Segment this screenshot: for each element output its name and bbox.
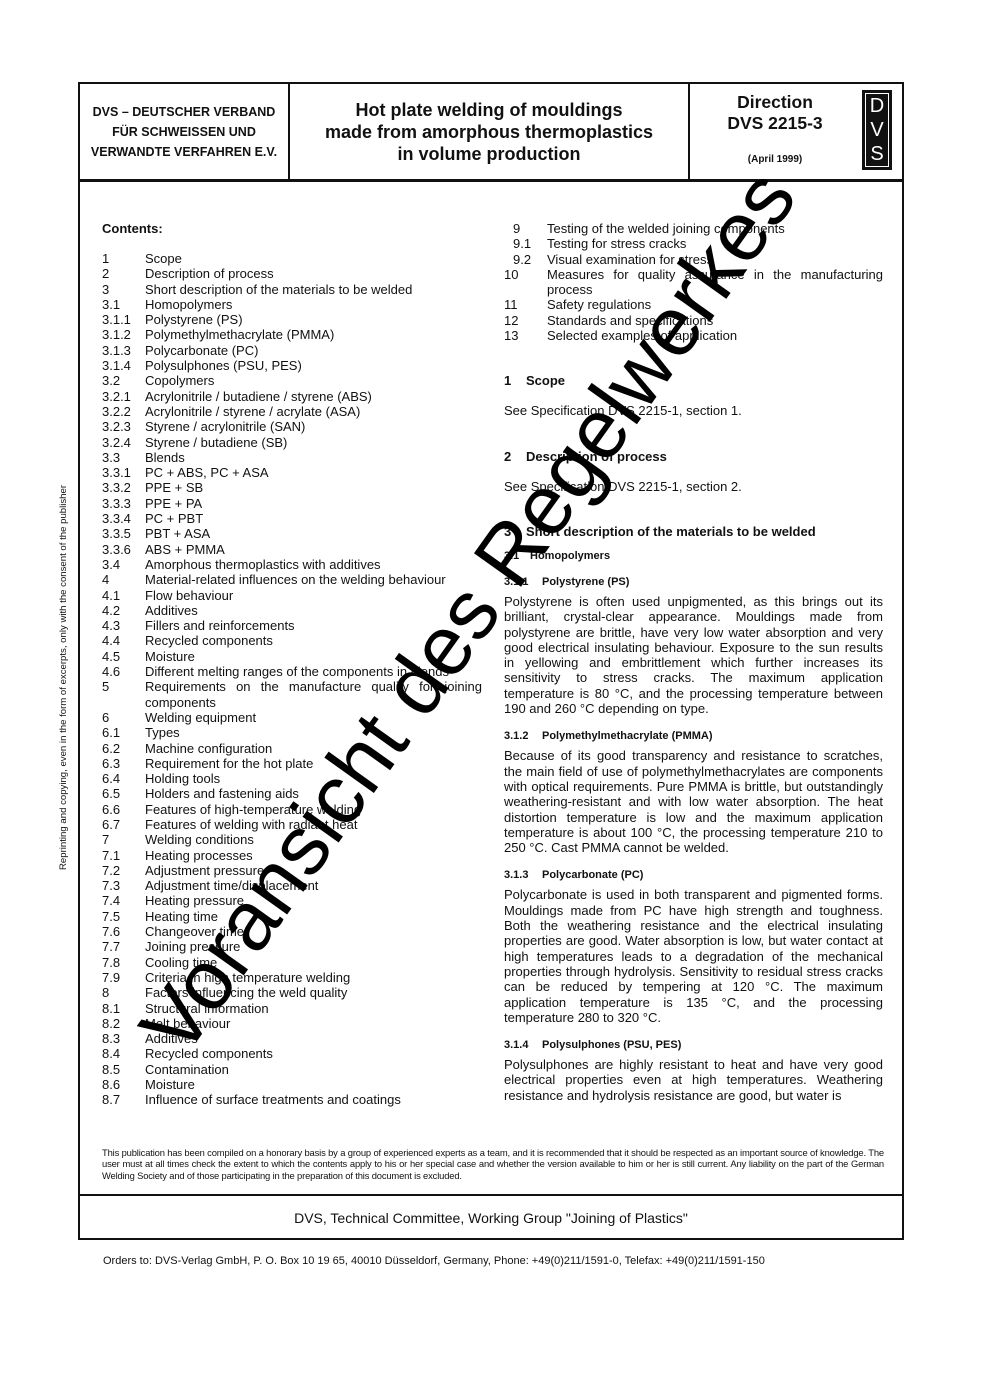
toc-title: Homopolymers (145, 297, 482, 312)
toc-number: 11 (504, 297, 547, 312)
toc-item: 3.3.5PBT + ASA (102, 526, 482, 541)
toc-number: 3.1.1 (102, 312, 145, 327)
toc-item: 8.6Moisture (102, 1077, 482, 1092)
right-column: 9Testing of the welded joining component… (504, 221, 883, 1103)
toc-number: 1 (102, 251, 145, 266)
contents-title: Contents: (102, 221, 482, 236)
toc-item: 8.1Structural information (102, 1001, 482, 1016)
toc-title: Changeover time (145, 924, 482, 939)
toc-number: 3.3.2 (102, 480, 145, 495)
toc-number: 8.5 (102, 1062, 145, 1077)
toc-number: 2 (102, 266, 145, 281)
toc-number: 8.3 (102, 1031, 145, 1046)
toc-title: Heating pressure (145, 893, 482, 908)
toc-number: 7.3 (102, 878, 145, 893)
section-body: See Specification DVS 2215-1, section 1. (504, 403, 883, 418)
section-title: Polysulphones (PSU, PES) (542, 1039, 681, 1051)
toc-title: Moisture (145, 1077, 482, 1092)
publisher-line: VERWANDTE VERFAHREN E.V. (91, 142, 277, 162)
toc-number: 4.4 (102, 633, 145, 648)
document-title: Hot plate welding of mouldings made from… (290, 84, 690, 179)
section-number: 3.1.3 (504, 869, 542, 881)
toc-number: 7.2 (102, 863, 145, 878)
toc-number: 3.2.4 (102, 435, 145, 450)
subsection-heading: 3.1.1Polystyrene (PS) (504, 576, 883, 588)
toc-item: 7.9Criteria in high temperature welding (102, 970, 482, 985)
toc-item: 3.3.6ABS + PMMA (102, 542, 482, 557)
toc-title: Standards and specifications (547, 313, 883, 328)
contents-left-column: Contents: 1Scope2Description of process3… (102, 221, 482, 1108)
toc-number: 12 (504, 313, 547, 328)
toc-number: 3.1.3 (102, 343, 145, 358)
toc-title: Copolymers (145, 373, 482, 388)
publisher-name: DVS – DEUTSCHER VERBAND FÜR SCHWEISSEN U… (80, 84, 290, 179)
toc-item: 6.6Features of high-temperature welding (102, 802, 482, 817)
toc-number: 8.1 (102, 1001, 145, 1016)
toc-item: 7.8Cooling time (102, 955, 482, 970)
toc-title: PBT + ASA (145, 526, 482, 541)
toc-item: 3.3.3PPE + PA (102, 496, 482, 511)
toc-item: 8.2Melt behaviour (102, 1016, 482, 1031)
toc-item: 3.2.1Acrylonitrile / butadiene / styrene… (102, 389, 482, 404)
toc-item: 3.2Copolymers (102, 373, 482, 388)
toc-title: Acrylonitrile / styrene / acrylate (ASA) (145, 404, 482, 419)
toc-title: Melt behaviour (145, 1016, 482, 1031)
toc-title: Adjustment pressure (145, 863, 482, 878)
toc-item: 1Scope (102, 251, 482, 266)
toc-item: 3.3.4PC + PBT (102, 511, 482, 526)
section-body: Polystyrene is often used unpigmented, a… (504, 594, 883, 716)
toc-number: 6 (102, 710, 145, 725)
section-number: 3.1.2 (504, 730, 542, 742)
section-heading: 3Short description of the materials to b… (504, 524, 883, 539)
section-body: See Specification DVS 2215-1, section 2. (504, 479, 883, 494)
section-title: Description of process (526, 449, 667, 464)
toc-title: Polycarbonate (PC) (145, 343, 482, 358)
toc-item: 3.2.3Styrene / acrylonitrile (SAN) (102, 419, 482, 434)
publisher-line: DVS – DEUTSCHER VERBAND (93, 102, 276, 122)
section-heading: 2Description of process (504, 449, 883, 464)
toc-item: 6.7Features of welding with radiant heat (102, 817, 482, 832)
toc-item: 3.4Amorphous thermoplastics with additiv… (102, 557, 482, 572)
toc-item: 4.5Moisture (102, 649, 482, 664)
toc-number: 7.7 (102, 939, 145, 954)
title-line: in volume production (398, 143, 581, 165)
toc-title: Criteria in high temperature welding (145, 970, 482, 985)
toc-number: 4 (102, 572, 145, 587)
toc-number: 7.6 (102, 924, 145, 939)
toc-item: 7.5Heating time (102, 909, 482, 924)
toc-title: Safety regulations (547, 297, 883, 312)
toc-title: Requirement for the hot plate (145, 756, 482, 771)
toc-item: 8.3Additives (102, 1031, 482, 1046)
toc-number: 7.4 (102, 893, 145, 908)
toc-item: 7.6Changeover time (102, 924, 482, 939)
toc-number: 8.6 (102, 1077, 145, 1092)
toc-title: Holders and fastening aids (145, 786, 482, 801)
toc-number: 3.3.6 (102, 542, 145, 557)
toc-title: PPE + SB (145, 480, 482, 495)
orders-info: Orders to: DVS-Verlag GmbH, P. O. Box 10… (103, 1255, 765, 1267)
toc-title: Welding conditions (145, 832, 482, 847)
section-title: Polycarbonate (PC) (542, 869, 643, 881)
title-line: Hot plate welding of mouldings (356, 99, 623, 121)
toc-number: 3.3 (102, 450, 145, 465)
toc-title: Blends (145, 450, 482, 465)
toc-title: Heating time (145, 909, 482, 924)
toc-title: Recycled components (145, 633, 482, 648)
direction-label: Direction DVS 2215-3 (690, 92, 860, 134)
toc-title: Holding tools (145, 771, 482, 786)
toc-item: 5Requirements on the manufacture quality… (102, 679, 482, 710)
toc-item: 9Testing of the welded joining component… (504, 221, 883, 236)
toc-title: Types (145, 725, 482, 740)
section-number: 3.1.1 (504, 576, 542, 588)
toc-title: ABS + PMMA (145, 542, 482, 557)
toc-item: 7.4Heating pressure (102, 893, 482, 908)
toc-item: 6.3Requirement for the hot plate (102, 756, 482, 771)
section-number: 3.1 (504, 550, 530, 562)
section-body: Because of its good transparency and res… (504, 748, 883, 855)
toc-number: 7.1 (102, 848, 145, 863)
logo-letter: S (870, 144, 883, 164)
toc-number: 6.4 (102, 771, 145, 786)
subsection-heading: 3.1.3Polycarbonate (PC) (504, 869, 883, 881)
section-number: 3 (504, 524, 526, 539)
title-line: made from amorphous thermoplastics (325, 121, 653, 143)
toc-number: 7 (102, 832, 145, 847)
subsection-heading: 3.1.4Polysulphones (PSU, PES) (504, 1039, 883, 1051)
toc-title: Scope (145, 251, 482, 266)
toc-item: 3.3.2PPE + SB (102, 480, 482, 495)
toc-title: Testing for stress cracks (547, 236, 883, 251)
toc-number: 8.7 (102, 1092, 145, 1107)
toc-number: 7.8 (102, 955, 145, 970)
section-body: Polysulphones are highly resistant to he… (504, 1057, 883, 1103)
toc-title: Additives (145, 603, 482, 618)
toc-number: 4.1 (102, 588, 145, 603)
toc-title: PC + ABS, PC + ASA (145, 465, 482, 480)
toc-title: Polymethylmethacrylate (PMMA) (145, 327, 482, 342)
section-title: Polymethylmethacrylate (PMMA) (542, 730, 713, 742)
toc-item: 11Safety regulations (504, 297, 883, 312)
toc-number: 3.1.2 (102, 327, 145, 342)
toc-title: Polystyrene (PS) (145, 312, 482, 327)
toc-title: Requirements on the manufacture quality … (145, 679, 482, 710)
section-number: 2 (504, 449, 526, 464)
toc-list-continued: 9Testing of the welded joining component… (504, 221, 883, 343)
toc-title: Features of high-temperature welding (145, 802, 482, 817)
subsection-heading: 3.1Homopolymers (504, 550, 883, 562)
section-number: 1 (504, 373, 526, 388)
toc-number: 3.4 (102, 557, 145, 572)
section-title: Scope (526, 373, 565, 388)
publisher-line: FÜR SCHWEISSEN UND (112, 122, 256, 142)
toc-item: 3.1.4Polysulphones (PSU, PES) (102, 358, 482, 373)
toc-title: Amorphous thermoplastics with additives (145, 557, 482, 572)
toc-title: Influence of surface treatments and coat… (145, 1092, 482, 1107)
toc-number: 13 (504, 328, 547, 343)
toc-title: Structural information (145, 1001, 482, 1016)
toc-title: Factors influencing the weld quality (145, 985, 482, 1000)
toc-number: 9.1 (504, 236, 547, 251)
direction-block: Direction DVS 2215-3 (April 1999) D V S (690, 84, 902, 179)
toc-item: 6.2Machine configuration (102, 741, 482, 756)
issue-date: (April 1999) (690, 154, 860, 165)
toc-item: 9.1Testing for stress cracks (504, 236, 883, 251)
toc-item: 2Description of process (102, 266, 482, 281)
toc-item: 4.4Recycled components (102, 633, 482, 648)
section-title: Homopolymers (530, 550, 610, 562)
toc-item: 4.2Additives (102, 603, 482, 618)
toc-title: Different melting ranges of the componen… (145, 664, 482, 679)
toc-number: 7.9 (102, 970, 145, 985)
toc-number: 8.4 (102, 1046, 145, 1061)
toc-item: 6.1Types (102, 725, 482, 740)
toc-title: PC + PBT (145, 511, 482, 526)
toc-item: 8.4Recycled components (102, 1046, 482, 1061)
toc-title: Selected examples of application (547, 328, 883, 343)
toc-item: 9.2Visual examination for stress (504, 252, 883, 267)
toc-title: Contamination (145, 1062, 482, 1077)
toc-number: 10 (504, 267, 547, 298)
toc-title: Fillers and reinforcements (145, 618, 482, 633)
toc-title: Cooling time (145, 955, 482, 970)
toc-number: 6.3 (102, 756, 145, 771)
toc-title: Machine configuration (145, 741, 482, 756)
toc-title: Recycled components (145, 1046, 482, 1061)
toc-title: Flow behaviour (145, 588, 482, 603)
toc-number: 9.2 (504, 252, 547, 267)
toc-item: 10Measures for quality assurance in the … (504, 267, 883, 298)
toc-item: 7.2Adjustment pressure (102, 863, 482, 878)
toc-number: 9 (504, 221, 547, 236)
toc-item: 3.3Blends (102, 450, 482, 465)
toc-number: 4.2 (102, 603, 145, 618)
toc-number: 4.5 (102, 649, 145, 664)
toc-number: 3.3.1 (102, 465, 145, 480)
toc-title: PPE + PA (145, 496, 482, 511)
toc-number: 3.3.3 (102, 496, 145, 511)
toc-item: 7.3Adjustment time/displacement (102, 878, 482, 893)
toc-number: 3.3.4 (102, 511, 145, 526)
toc-title: Polysulphones (PSU, PES) (145, 358, 482, 373)
toc-item: 4.1Flow behaviour (102, 588, 482, 603)
toc-number: 8.2 (102, 1016, 145, 1031)
toc-list: 1Scope2Description of process3Short desc… (102, 251, 482, 1108)
toc-number: 3.2 (102, 373, 145, 388)
toc-title: Moisture (145, 649, 482, 664)
toc-item: 3.1.1Polystyrene (PS) (102, 312, 482, 327)
section-title: Polystyrene (PS) (542, 576, 629, 588)
toc-number: 3.1 (102, 297, 145, 312)
toc-item: 6.5Holders and fastening aids (102, 786, 482, 801)
direction-code: DVS 2215-3 (690, 113, 860, 134)
toc-item: 3.1.2Polymethylmethacrylate (PMMA) (102, 327, 482, 342)
toc-title: Heating processes (145, 848, 482, 863)
toc-item: 3.2.4Styrene / butadiene (SB) (102, 435, 482, 450)
toc-item: 3Short description of the materials to b… (102, 282, 482, 297)
disclaimer-text: This publication has been compiled on a … (102, 1147, 884, 1181)
toc-title: Description of process (145, 266, 482, 281)
logo-letter: D (870, 96, 884, 116)
toc-number: 5 (102, 679, 145, 710)
toc-item: 8.7Influence of surface treatments and c… (102, 1092, 482, 1107)
toc-number: 3.2.3 (102, 419, 145, 434)
toc-number: 3.1.4 (102, 358, 145, 373)
toc-item: 12Standards and specifications (504, 313, 883, 328)
toc-item: 4.6Different melting ranges of the compo… (102, 664, 482, 679)
toc-number: 8 (102, 985, 145, 1000)
toc-title: Styrene / butadiene (SB) (145, 435, 482, 450)
toc-title: Visual examination for stress (547, 252, 883, 267)
toc-item: 4.3Fillers and reinforcements (102, 618, 482, 633)
toc-item: 6.4Holding tools (102, 771, 482, 786)
toc-title: Welding equipment (145, 710, 482, 725)
toc-title: Testing of the welded joining components (547, 221, 883, 236)
toc-number: 6.1 (102, 725, 145, 740)
section-number: 3.1.4 (504, 1039, 542, 1051)
toc-title: Additives (145, 1031, 482, 1046)
toc-number: 3.2.1 (102, 389, 145, 404)
toc-item: 4Material-related influences on the weld… (102, 572, 482, 587)
toc-item: 3.1.3Polycarbonate (PC) (102, 343, 482, 358)
committee-line: DVS, Technical Committee, Working Group … (80, 1194, 902, 1240)
section-body: Polycarbonate is used in both transparen… (504, 887, 883, 1025)
toc-number: 6.6 (102, 802, 145, 817)
toc-title: Short description of the materials to be… (145, 282, 482, 297)
subsection-heading: 3.1.2Polymethylmethacrylate (PMMA) (504, 730, 883, 742)
toc-item: 13Selected examples of application (504, 328, 883, 343)
toc-item: 3.3.1PC + ABS, PC + ASA (102, 465, 482, 480)
toc-item: 8Factors influencing the weld quality (102, 985, 482, 1000)
toc-item: 6Welding equipment (102, 710, 482, 725)
toc-title: Joining pressure (145, 939, 482, 954)
toc-title: Styrene / acrylonitrile (SAN) (145, 419, 482, 434)
toc-item: 3.1Homopolymers (102, 297, 482, 312)
toc-item: 7Welding conditions (102, 832, 482, 847)
toc-title: Features of welding with radiant heat (145, 817, 482, 832)
toc-title: Material-related influences on the weldi… (145, 572, 482, 587)
toc-item: 7.1Heating processes (102, 848, 482, 863)
toc-number: 4.3 (102, 618, 145, 633)
toc-item: 7.7Joining pressure (102, 939, 482, 954)
toc-title: Adjustment time/displacement (145, 878, 482, 893)
toc-item: 8.5Contamination (102, 1062, 482, 1077)
reprint-notice: Reprinting and copying, even in the form… (58, 485, 69, 870)
toc-number: 6.7 (102, 817, 145, 832)
dvs-logo-icon: D V S (862, 90, 892, 170)
toc-number: 3.2.2 (102, 404, 145, 419)
toc-number: 3.3.5 (102, 526, 145, 541)
toc-number: 3 (102, 282, 145, 297)
toc-title: Acrylonitrile / butadiene / styrene (ABS… (145, 389, 482, 404)
logo-letter: V (870, 120, 883, 140)
toc-number: 6.5 (102, 786, 145, 801)
toc-number: 4.6 (102, 664, 145, 679)
direction-word: Direction (690, 92, 860, 113)
toc-item: 3.2.2Acrylonitrile / styrene / acrylate … (102, 404, 482, 419)
toc-title: Measures for quality assurance in the ma… (547, 267, 883, 298)
toc-number: 7.5 (102, 909, 145, 924)
toc-number: 6.2 (102, 741, 145, 756)
section-title: Short description of the materials to be… (526, 524, 816, 539)
document-header: DVS – DEUTSCHER VERBAND FÜR SCHWEISSEN U… (80, 84, 902, 182)
section-heading: 1Scope (504, 373, 883, 388)
